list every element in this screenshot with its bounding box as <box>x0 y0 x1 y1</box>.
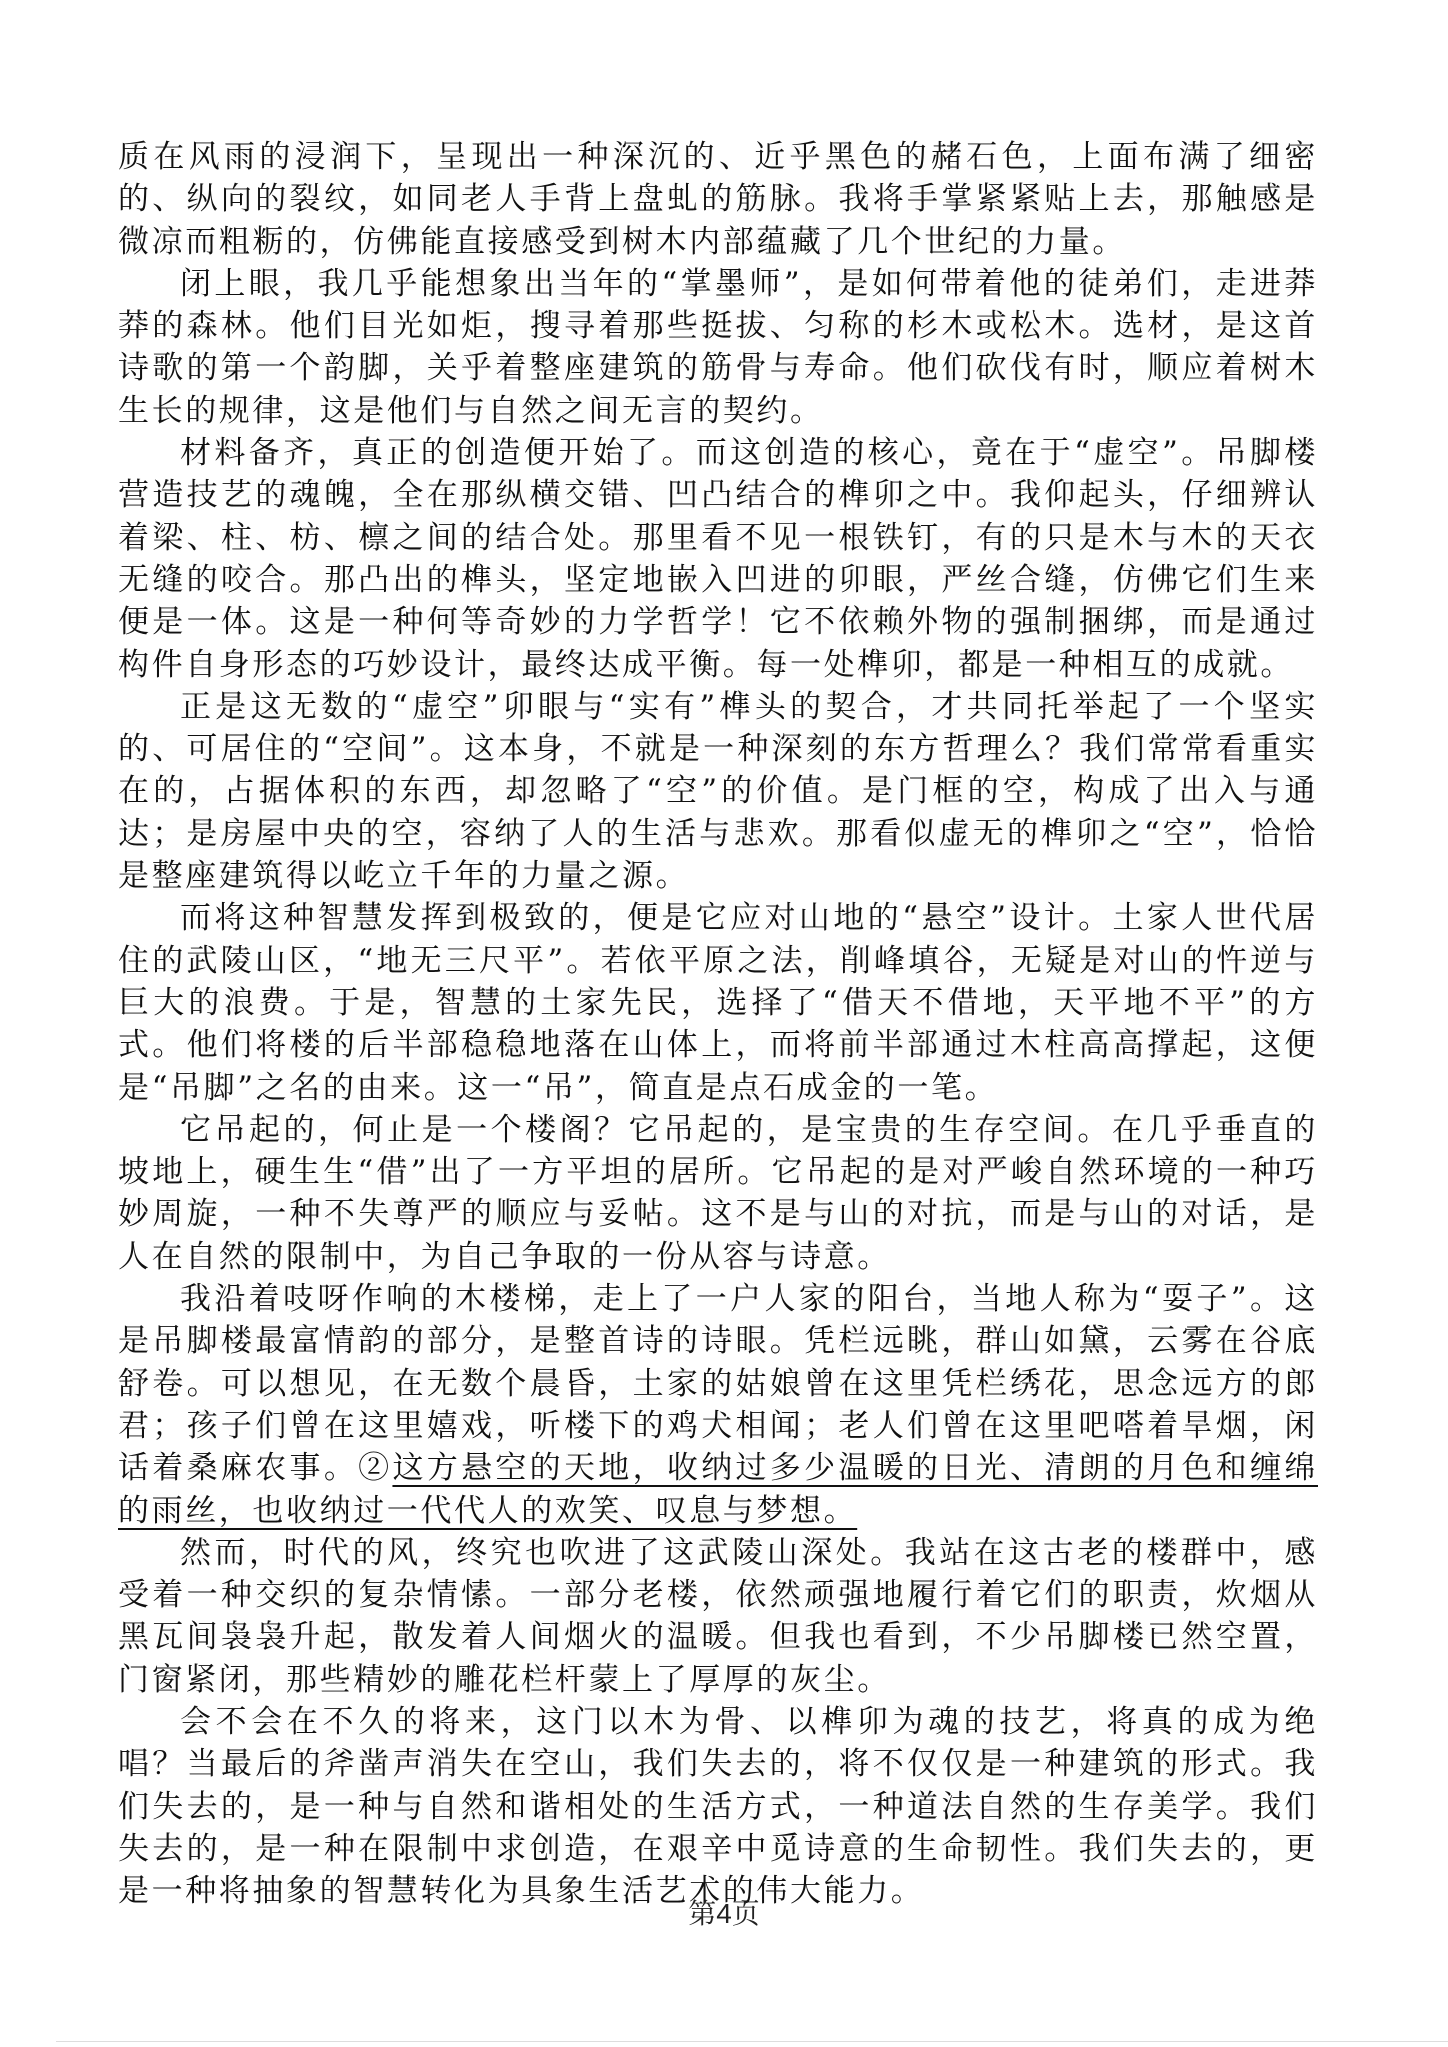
paragraph-7: 我沿着吱呀作响的木楼梯，走上了一户人家的阳台，当地人称为“耍子”。这是吊脚楼最富… <box>118 1278 1318 1532</box>
paragraph-4: 正是这无数的“虚空”卯眼与“实有”榫头的契合，才共同托举起了一个坚实的、可居住的… <box>118 686 1318 897</box>
paragraph-5: 而将这种智慧发挥到极致的，便是它应对山地的“悬空”设计。土家人世代居住的武陵山区… <box>118 897 1318 1108</box>
paragraph-3: 材料备齐，真正的创造便开始了。而这创造的核心，竟在于“虚空”。吊脚楼营造技艺的魂… <box>118 432 1318 686</box>
document-page: 质在风雨的浸润下，呈现出一种深沉的、近乎黑色的赭石色，上面布满了细密的、纵向的裂… <box>118 136 1318 1912</box>
page-number: 第4页 <box>0 1892 1448 1932</box>
page-bottom-edge <box>56 2041 1448 2042</box>
paragraph-9: 会不会在不久的将来，这门以木为骨、以榫卯为魂的技艺，将真的成为绝唱？当最后的斧凿… <box>118 1701 1318 1912</box>
paragraph-1: 质在风雨的浸润下，呈现出一种深沉的、近乎黑色的赭石色，上面布满了细密的、纵向的裂… <box>118 136 1318 263</box>
paragraph-2: 闭上眼，我几乎能想象出当年的“掌墨师”，是如何带着他的徒弟们，走进莽莽的森林。他… <box>118 263 1318 432</box>
paragraph-8: 然而，时代的风，终究也吹进了这武陵山深处。我站在这古老的楼群中，感受着一种交织的… <box>118 1532 1318 1701</box>
paragraph-6: 它吊起的，何止是一个楼阁？它吊起的，是宝贵的生存空间。在几乎垂直的坡地上，硬生生… <box>118 1109 1318 1278</box>
question-marker: ② <box>358 1450 392 1486</box>
